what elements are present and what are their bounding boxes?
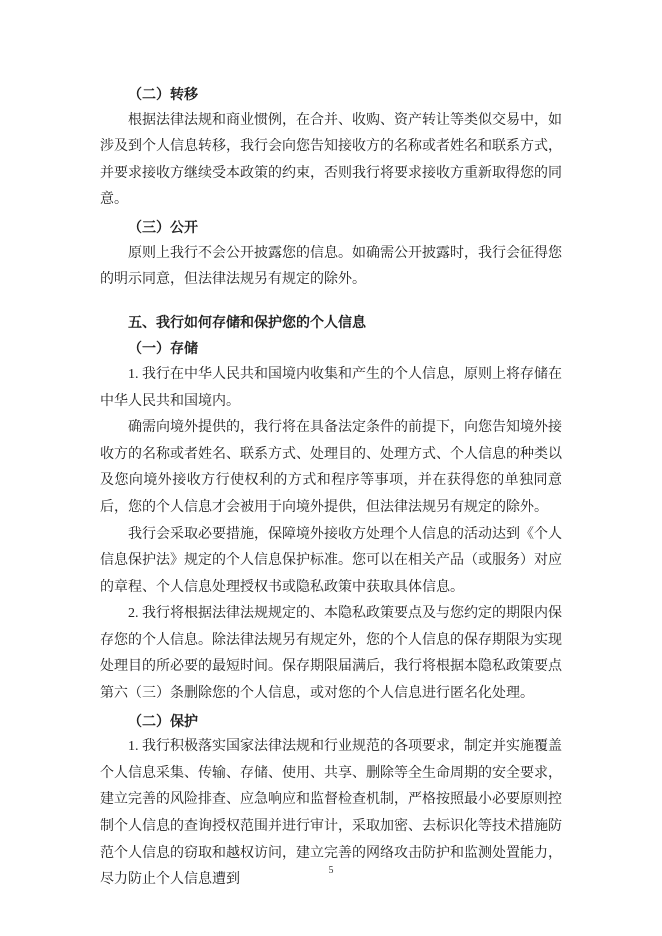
- document-paragraph: 我行会采取必要措施，保障境外接收方处理个人信息的活动达到《个人信息保护法》规定的…: [100, 522, 562, 602]
- document-heading: （二）转移: [100, 81, 562, 108]
- document-paragraph: 原则上我行不会公开披露您的信息。如确需公开披露时，我行会征得您的明示同意，但法律…: [100, 241, 562, 294]
- document-body: （二）转移根据法律法规和商业惯例，在合并、收购、资产转让等类似交易中，如涉及到个…: [100, 81, 562, 894]
- page-number: 5: [329, 865, 334, 876]
- document-heading: 五、我行如何存储和保护您的个人信息: [100, 309, 562, 336]
- document-heading: （一）存储: [100, 335, 562, 362]
- page-footer: 5: [0, 860, 662, 878]
- document-paragraph: 根据法律法规和商业惯例，在合并、收购、资产转让等类似交易中，如涉及到个人信息转移…: [100, 108, 562, 214]
- document-heading: （三）公开: [100, 214, 562, 241]
- document-paragraph: 1. 我行在中华人民共和国境内收集和产生的个人信息，原则上将存储在中华人民共和国…: [100, 362, 562, 415]
- document-paragraph: 2. 我行将根据法律法规规定的、本隐私政策要点及与您约定的期限内保存您的个人信息…: [100, 601, 562, 707]
- document-heading: （二）保护: [100, 708, 562, 735]
- document-paragraph: 确需向境外提供的，我行将在具备法定条件的前提下，向您告知境外接收方的名称或者姓名…: [100, 415, 562, 521]
- document-page: （二）转移根据法律法规和商业惯例，在合并、收购、资产转让等类似交易中，如涉及到个…: [0, 0, 662, 936]
